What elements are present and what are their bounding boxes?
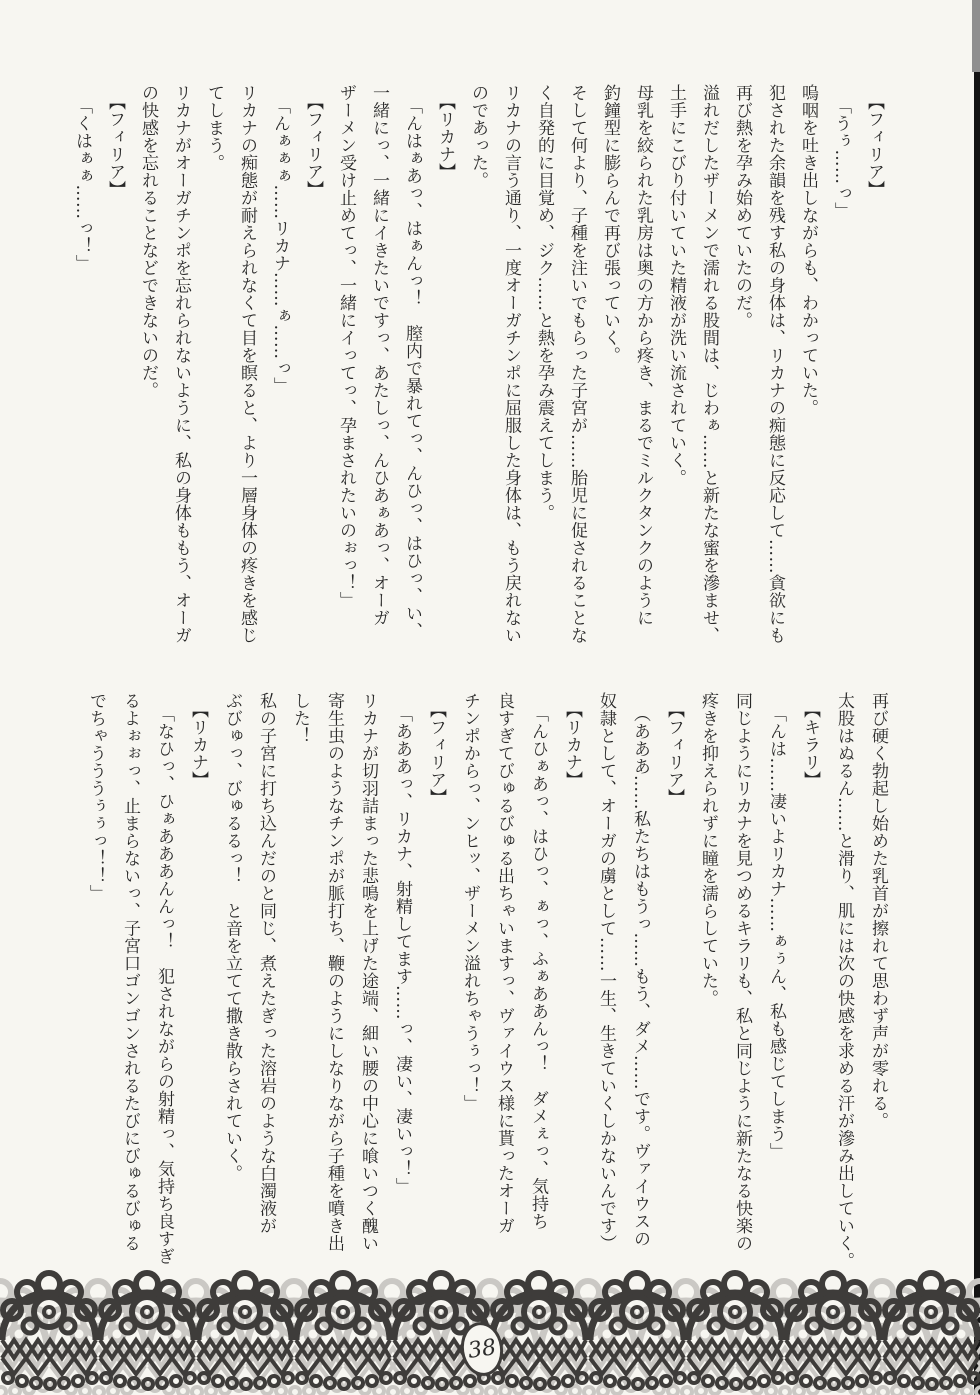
narration-line: 私の子宮に打ち込んだのと同じ、煮えたぎった溶岩のような白濁液が [249, 692, 283, 1282]
header-line: 【フィリア】 [296, 84, 329, 669]
narration-line: 寄生虫のようなチンポが脈打ち、鞭のようにしなりながら子種を噴き出 [317, 692, 351, 1282]
narration-line: 溢れだしたザーメンで濡れる股間は、じわぁ……と新たな蜜を滲ませ、 [692, 84, 725, 669]
narration-line: 同じようにリカナを見つめるキラリも、私と同じように新たなる快楽の [725, 692, 759, 1282]
dialogue-line: 「んは……凄いよリカナ……ぁぅん、私も感じてしまう」 [759, 692, 793, 1282]
dialogue-line: 良すぎてびゅるびゅる出ちゃいますっ、ヴァイウス様に貰ったオーガ [487, 692, 521, 1282]
dialogue-line: 奴隷として、オーガの虜として……一生、生きていくしかないんです） [589, 692, 623, 1282]
narration-line: てしまう。 [197, 84, 230, 669]
narration-line: リカナの痴態が耐えられなくて目を瞑ると、より一層身体の疼きを感じ [230, 84, 263, 669]
narration-line: 嗚咽を吐き出しながらも、わかっていた。 [791, 84, 824, 669]
narration-line: 土手にこびり付いていた精液が洗い流されていく。 [659, 84, 692, 669]
dialogue-line: 「あああっ、リカナ、射精してます……っ、凄い、凄いっ！」 [385, 692, 419, 1282]
narration-line: の快感を忘れることなどできないのだ。 [131, 84, 164, 669]
scanned-page: 【フィリア】「うぅ……っ」嗚咽を吐き出しながらも、わかっていた。犯された余韻を残… [0, 0, 980, 1395]
header-line: 【フィリア】 [419, 692, 453, 1282]
narration-line: のであった。 [461, 84, 494, 669]
page-number: 38 [466, 1335, 497, 1364]
dialogue-line: 「んぁぁぁ……リカナ……ぁ……っ」 [263, 84, 296, 669]
dialogue-line: ザーメン受け止めてっ、一緒にイってっ、孕まされたいのぉっ！」 [329, 84, 362, 669]
dialogue-line: 「うぅ……っ」 [824, 84, 857, 669]
bottom-text-block: 再び硬く勃起し始めた乳首が擦れて思わず声が零れる。太股はぬるん……と滑り、肌には… [79, 692, 895, 1282]
dialogue-line: （あああ……私たちはもうっ……もう、ダメ……です。ヴァイウスの [623, 692, 657, 1282]
dialogue-line: でちゃうううぅぅっ！！」 [79, 692, 113, 1282]
narration-line: 太股はぬるん……と滑り、肌には次の快感を求める汗が滲み出していく。 [827, 692, 861, 1282]
narration-line: 疼きを抑えられずに瞳を濡らしていた。 [691, 692, 725, 1282]
narration-line: リカナが切羽詰まった悲鳴を上げた途端、細い腰の中心に喰いつく醜い [351, 692, 385, 1282]
narration-line: 母乳を絞られた乳房は奥の方から疼き、まるでミルクタンクのように [626, 84, 659, 669]
dialogue-line: チンポからっ、ンヒッ、ザーメン溢れちゃうぅっ！」 [453, 692, 487, 1282]
dialogue-line: 一緒にっ、一緒にイきたいですっ、あたしっ、んひあぁあっ、オーガ [362, 84, 395, 669]
narration-line: 釣鐘型に膨らんで再び張っていく。 [593, 84, 626, 669]
top-text-block: 【フィリア】「うぅ……っ」嗚咽を吐き出しながらも、わかっていた。犯された余韻を残… [65, 84, 890, 669]
narration-line: 再び熱を孕み始めていたのだ。 [725, 84, 758, 669]
narration-line: した！ [283, 692, 317, 1282]
header-line: 【フィリア】 [98, 84, 131, 669]
header-line: 【キラリ】 [793, 692, 827, 1282]
header-line: 【リカナ】 [181, 692, 215, 1282]
narration-line: く自発的に目覚め、ジク……と熱を孕み震えてしまう。 [527, 84, 560, 669]
dialogue-line: 「なひっ、ひぁあああんんっ！ 犯されながらの射精っ、気持ち良すぎ [147, 692, 181, 1282]
header-line: 【フィリア】 [657, 692, 691, 1282]
header-line: 【フィリア】 [857, 84, 890, 669]
scan-edge-right [974, 72, 980, 1395]
narration-line: 再び硬く勃起し始めた乳首が擦れて思わず声が零れる。 [861, 692, 895, 1282]
dialogue-line: 「くはぁぁ……っ！」 [65, 84, 98, 669]
narration-line: リカナの言う通り、一度オーガチンポに屈服した身体は、もう戻れない [494, 84, 527, 669]
header-line: 【リカナ】 [428, 84, 461, 669]
narration-line: リカナがオーガチンポを忘れられないように、私の身体ももう、オーガ [164, 84, 197, 669]
narration-line: 犯された余韻を残す私の身体は、リカナの痴態に反応して……貪欲にも [758, 84, 791, 669]
dialogue-line: 「んはぁあっ、はぁんっ！ 膣内で暴れてっ、んひっ、はひっ、い、 [395, 84, 428, 669]
narration-line: ぶびゅっ、びゅるるっ！ と音を立てて撒き散らされていく。 [215, 692, 249, 1282]
narration-line: そして何より、子種を注いでもらった子宮が……胎児に促されることな [560, 84, 593, 669]
dialogue-line: るよぉぉっ、止まらないっ、子宮口ゴンゴンされるたびにびゅるびゅる [113, 692, 147, 1282]
scan-edge-top-right [972, 0, 980, 72]
header-line: 【リカナ】 [555, 692, 589, 1282]
dialogue-line: 「んひぁあっ、はひっ、ぁっ、ふぁああんっ！ ダメぇっ、気持ち [521, 692, 555, 1282]
